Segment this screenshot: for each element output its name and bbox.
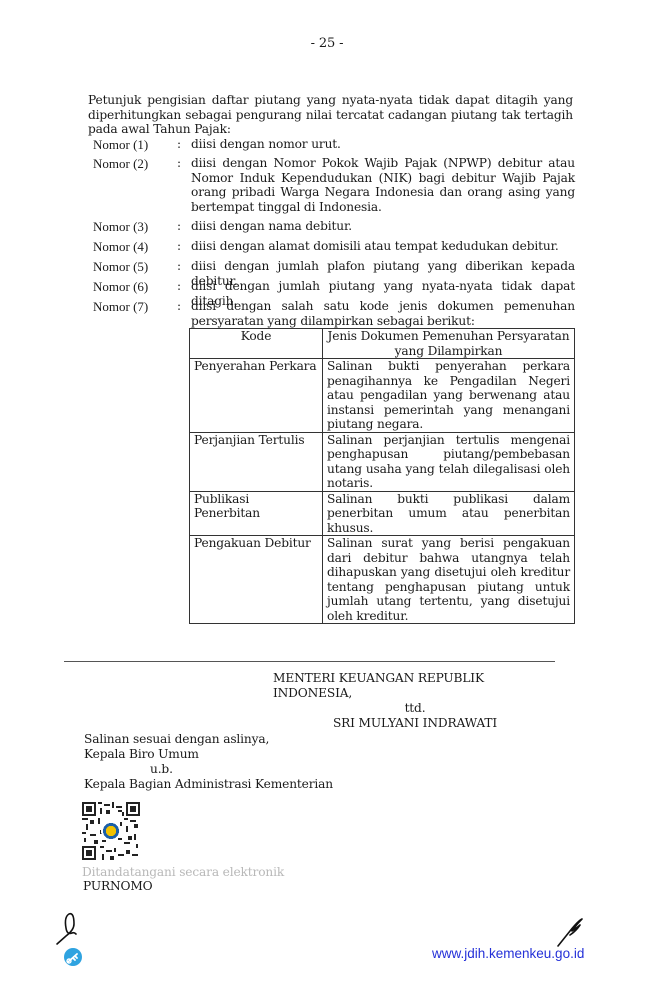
instruction-colon: : bbox=[177, 299, 181, 313]
instruction-label: Nomor (1) bbox=[93, 137, 148, 153]
instruction-colon: : bbox=[177, 219, 181, 233]
instruction-colon: : bbox=[177, 279, 181, 293]
qr-code-icon bbox=[82, 802, 140, 860]
instruction-text: diisi dengan Nomor Pokok Wajib Pajak (NP… bbox=[191, 156, 575, 214]
certified-copy-line: Salinan sesuai dengan aslinya, bbox=[84, 732, 333, 747]
page-number: - 25 - bbox=[0, 36, 654, 51]
minister-name: SRI MULYANI INDRAWATI bbox=[270, 716, 560, 731]
instruction-label: Nomor (6) bbox=[93, 279, 148, 295]
column-header-jenis-dokumen: Jenis Dokumen Pemenuhan Persyaratan yang… bbox=[323, 329, 575, 359]
instruction-label: Nomor (5) bbox=[93, 259, 148, 275]
instruction-colon: : bbox=[177, 156, 181, 170]
jdih-website-link[interactable]: www.jdih.kemenkeu.go.id bbox=[432, 946, 584, 961]
certified-copy-ub: u.b. bbox=[84, 762, 333, 777]
minister-signature-block: MENTERI KEUANGAN REPUBLIK INDONESIA, ttd… bbox=[270, 671, 560, 731]
table-cell-dokumen: Salinan perjanjian tertulis mengenai pen… bbox=[323, 432, 575, 491]
instruction-colon: : bbox=[177, 137, 181, 151]
instruction-text: diisi dengan alamat domisili atau tempat… bbox=[191, 239, 575, 254]
table-cell-kode: Penyerahan Perkara bbox=[190, 359, 323, 433]
instruction-text: diisi dengan nama debitur. bbox=[191, 219, 575, 234]
table-row: Perjanjian Tertulis Salinan perjanjian t… bbox=[190, 432, 575, 491]
table-cell-kode: Perjanjian Tertulis bbox=[190, 432, 323, 491]
horizontal-divider bbox=[64, 661, 555, 662]
initials-signature-icon bbox=[556, 915, 588, 947]
table-cell-dokumen: Salinan surat yang berisi pengakuan dari… bbox=[323, 536, 575, 624]
table-header-row: Kode Jenis Dokumen Pemenuhan Persyaratan… bbox=[190, 329, 575, 359]
table-row: Pengakuan Debitur Salinan surat yang ber… bbox=[190, 536, 575, 624]
document-code-table: Kode Jenis Dokumen Pemenuhan Persyaratan… bbox=[189, 328, 575, 624]
instruction-colon: : bbox=[177, 239, 181, 253]
instruction-colon: : bbox=[177, 259, 181, 273]
certified-copy-office: Kepala Biro Umum bbox=[84, 747, 333, 762]
instruction-label: Nomor (2) bbox=[93, 156, 148, 172]
column-header-kode: Kode bbox=[190, 329, 323, 359]
certified-copy-position: Kepala Bagian Administrasi Kementerian bbox=[84, 777, 333, 792]
table-row: Publikasi Penerbitan Salinan bukti publi… bbox=[190, 491, 575, 536]
instruction-label: Nomor (4) bbox=[93, 239, 148, 255]
intro-paragraph: Petunjuk pengisian daftar piutang yang n… bbox=[88, 93, 573, 137]
table-cell-kode: Publikasi Penerbitan bbox=[190, 491, 323, 536]
table-cell-dokumen: Salinan bukti publikasi dalam penerbitan… bbox=[323, 491, 575, 536]
signer-name: PURNOMO bbox=[83, 879, 153, 893]
initials-signature-icon bbox=[54, 910, 86, 946]
instruction-label: Nomor (7) bbox=[93, 299, 148, 315]
minister-title: MENTERI KEUANGAN REPUBLIK INDONESIA, bbox=[273, 671, 560, 701]
key-logo-icon bbox=[64, 948, 82, 966]
ttd-mark: ttd. bbox=[270, 701, 560, 716]
certified-copy-block: Salinan sesuai dengan aslinya, Kepala Bi… bbox=[84, 732, 333, 792]
table-cell-kode: Pengakuan Debitur bbox=[190, 536, 323, 624]
instruction-label: Nomor (3) bbox=[93, 219, 148, 235]
instruction-text: diisi dengan salah satu kode jenis dokum… bbox=[191, 299, 575, 328]
electronic-signature-label: Ditandatangani secara elektronik bbox=[82, 865, 284, 879]
instruction-text: diisi dengan nomor urut. bbox=[191, 137, 575, 152]
table-cell-dokumen: Salinan bukti penyerahan perkara penagih… bbox=[323, 359, 575, 433]
table-row: Penyerahan Perkara Salinan bukti penyera… bbox=[190, 359, 575, 433]
